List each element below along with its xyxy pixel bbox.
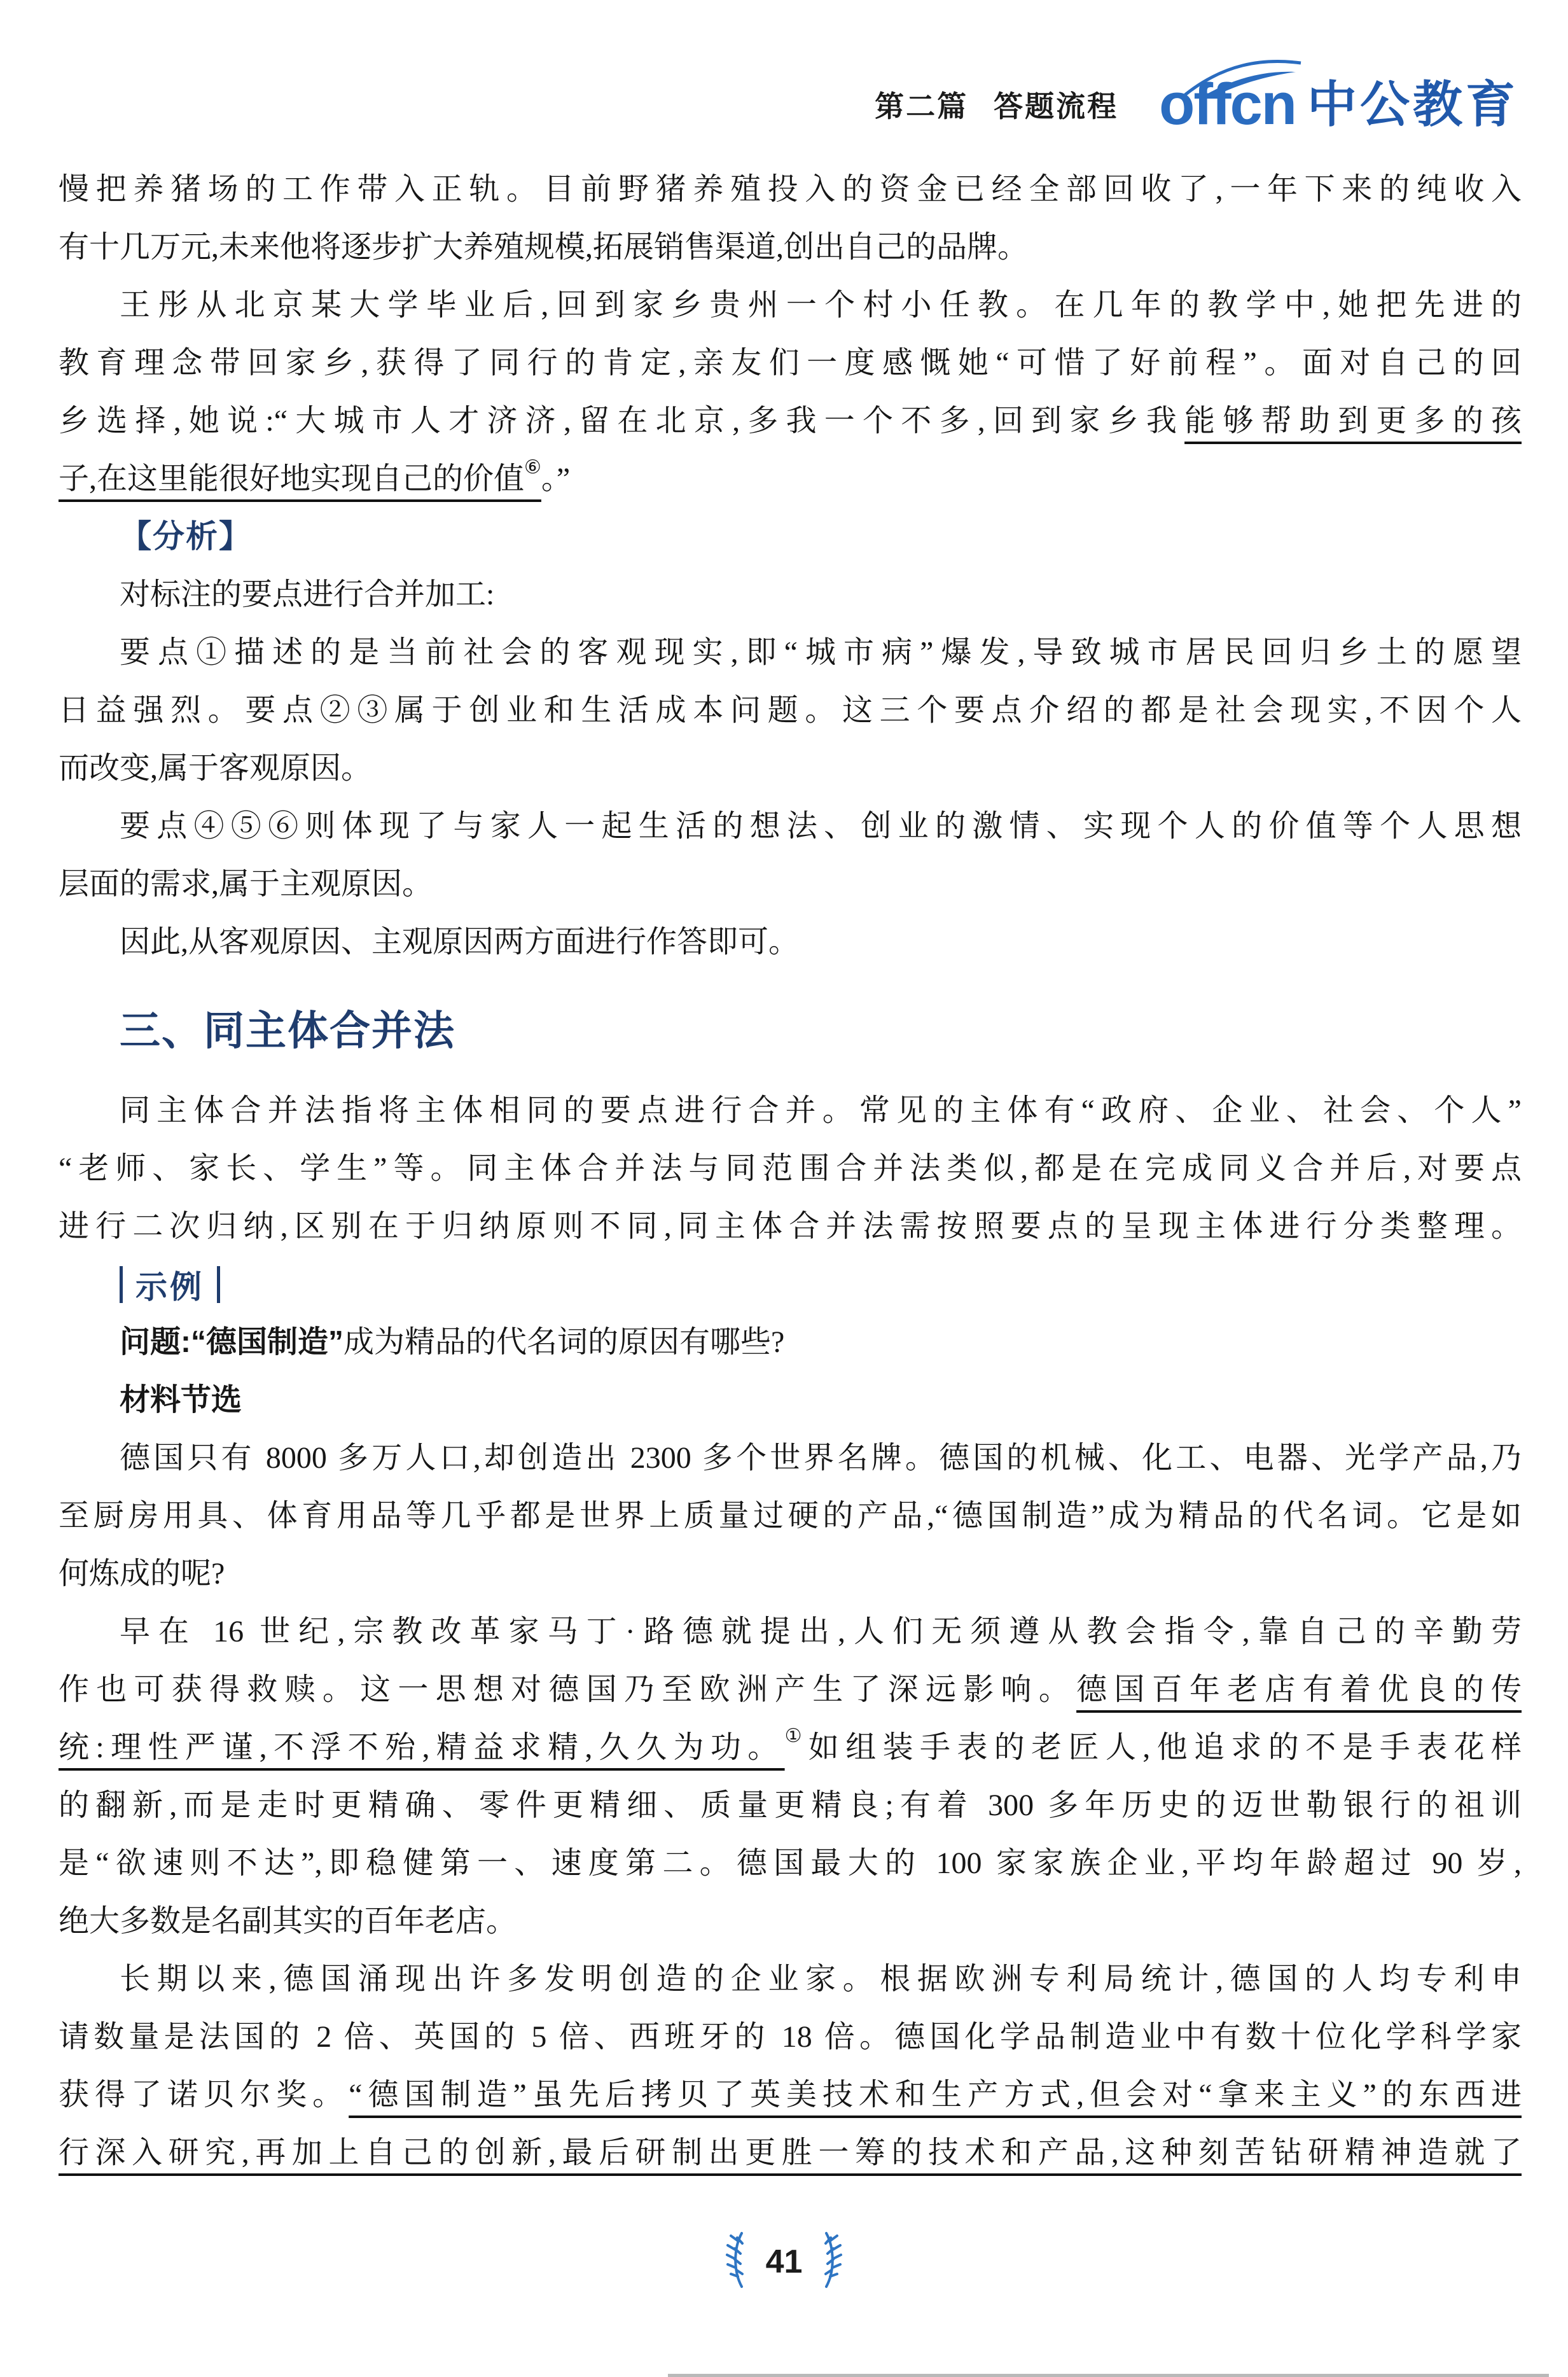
text-line: 是“欲速则不达”,即稳健第一、速度第二。德国最大的 100 家家族企业,平均年龄… <box>59 1834 1522 1892</box>
paragraph: 材料节选 <box>59 1371 1522 1429</box>
text-line: 早在 16 世纪,宗教改革家马丁·路德就提出,人们无须遵从教会指令,靠自己的辛勤… <box>59 1603 1522 1661</box>
text-line: 统:理性严谨,不浮不殆,精益求精,久久为功。①如组装手表的老匠人,他追求的不是手… <box>59 1718 1522 1776</box>
footnote-marker: ⑥ <box>524 457 541 478</box>
text-line: 乡选择,她说:“大城市人才济济,留在北京,多我一个不多,回到家乡我能够帮助到更多… <box>59 392 1522 450</box>
paragraph: 慢把养猪场的工作带入正轨。目前野猪养殖投入的资金已经全部回收了,一年下来的纯收入… <box>59 160 1522 276</box>
underlined-text: “德国制造”虽先后拷贝了英美技术和生产方式,但会对“拿来主义”的东西进 <box>349 2078 1522 2112</box>
underlined-text: 能够帮助到更多的孩 <box>1184 404 1522 438</box>
offcn-logo-chinese: 中公教育 <box>1307 80 1518 129</box>
paragraph: 同主体合并法指将主体相同的要点进行合并。常见的主体有“政府、企业、社会、个人”“… <box>59 1082 1522 1255</box>
text-line: 教育理念带回家乡,获得了同行的肯定,亲友们一度感慨她“可惜了好前程”。面对自己的… <box>59 334 1522 392</box>
laurel-right-icon <box>821 2231 844 2292</box>
text-segment: 获得了诺贝尔奖。 <box>59 2078 349 2112</box>
text-segment: 要点④⑤⑥则体现了与家人一起生活的想法、创业的激情、实现个人的价值等个人思想 <box>120 809 1522 843</box>
paragraph: 王彤从北京某大学毕业后,回到家乡贵州一个村小任教。在几年的教学中,她把先进的教育… <box>59 276 1522 508</box>
logo-swoosh-icon <box>1179 50 1306 108</box>
paragraph: 要点④⑤⑥则体现了与家人一起生活的想法、创业的激情、实现个人的价值等个人思想层面… <box>59 797 1522 913</box>
text-line: 作也可获得救赎。这一思想对德国乃至欧洲产生了深远影响。德国百年老店有着优良的传 <box>59 1661 1522 1718</box>
text-line: 层面的需求,属于主观原因。 <box>59 855 1522 913</box>
text-line: 德国只有 8000 多万人口,却创造出 2300 多个世界名牌。德国的机械、化工… <box>59 1429 1522 1487</box>
text-segment: 而改变,属于客观原因。 <box>59 751 371 785</box>
paragraph: 德国只有 8000 多万人口,却创造出 2300 多个世界名牌。德国的机械、化工… <box>59 1429 1522 1603</box>
page-header: 第二篇 答题流程 offcn 中公教育 <box>875 75 1518 134</box>
text-line: 日益强烈。要点②③属于创业和生活成本问题。这三个要点介绍的都是社会现实,不因个人 <box>59 681 1522 739</box>
body-content: 慢把养猪场的工作带入正轨。目前野猪养殖投入的资金已经全部回收了,一年下来的纯收入… <box>59 160 1522 2182</box>
text-line: 问题:“德国制造”成为精品的代名词的原因有哪些? <box>59 1313 1522 1371</box>
text-segment: 王彤从北京某大学毕业后,回到家乡贵州一个村小任教。在几年的教学中,她把先进的 <box>120 288 1522 322</box>
analysis-label: 【分析】 <box>59 508 1522 566</box>
section-title: 答题流程 <box>994 83 1118 125</box>
text-line: 请数量是法国的 2 倍、英国的 5 倍、西班牙的 18 倍。德国化学品制造业中有… <box>59 2008 1522 2066</box>
text-line: 要点④⑤⑥则体现了与家人一起生活的想法、创业的激情、实现个人的价值等个人思想 <box>59 797 1522 855</box>
text-line: 王彤从北京某大学毕业后,回到家乡贵州一个村小任教。在几年的教学中,她把先进的 <box>59 276 1522 334</box>
text-segment: 作也可获得救赎。这一思想对德国乃至欧洲产生了深远影响。 <box>59 1673 1076 1706</box>
paragraph: 要点①描述的是当前社会的客观现实,即“城市病”爆发,导致城市居民回归乡土的愿望日… <box>59 624 1522 797</box>
marker-bar <box>120 1266 123 1303</box>
paragraph: 早在 16 世纪,宗教改革家马丁·路德就提出,人们无须遵从教会指令,靠自己的辛勤… <box>59 1603 1522 1950</box>
underlined-text: 行深入研究,再加上自己的创新,最后研制出更胜一筹的技术和产品,这种刻苦钻研精神造… <box>59 2136 1522 2170</box>
text-segment: 同主体合并法指将主体相同的要点进行合并。常见的主体有“政府、企业、社会、个人” <box>120 1094 1522 1127</box>
text-line: 何炼成的呢? <box>59 1545 1522 1603</box>
text-line: 对标注的要点进行合并加工: <box>59 566 1522 624</box>
section-label: 第二篇 <box>875 83 968 125</box>
text-segment: 因此,从客观原因、主观原因两方面进行作答即可。 <box>120 925 799 959</box>
text-segment: “老师、家长、学生”等。同主体合并法与同范围合并法类似,都是在完成同义合并后,对… <box>59 1152 1522 1185</box>
text-segment: 的翻新,而是走时更精确、零件更精细、质量更精良;有着 300 多年历史的迈世勒银… <box>59 1788 1522 1822</box>
text-segment: 对标注的要点进行合并加工: <box>120 578 494 611</box>
marker-bar <box>217 1266 220 1303</box>
footnote-marker: ① <box>785 1725 808 1746</box>
text-line: “老师、家长、学生”等。同主体合并法与同范围合并法类似,都是在完成同义合并后,对… <box>59 1140 1522 1197</box>
text-line: 同主体合并法指将主体相同的要点进行合并。常见的主体有“政府、企业、社会、个人” <box>59 1082 1522 1140</box>
text-line: 的翻新,而是走时更精确、零件更精细、质量更精良;有着 300 多年历史的迈世勒银… <box>59 1776 1522 1834</box>
page-footer: 41 <box>0 2231 1568 2292</box>
bold-text: 问题:“德国制造” <box>120 1325 343 1359</box>
running-head: 第二篇 答题流程 <box>875 83 1118 125</box>
offcn-logo-latin: offcn <box>1159 75 1296 134</box>
text-segment: 有十几万元,未来他将逐步扩大养殖规模,拓展销售渠道,创出自己的品牌。 <box>59 230 1028 264</box>
text-segment: 请数量是法国的 2 倍、英国的 5 倍、西班牙的 18 倍。德国化学品制造业中有… <box>59 2020 1522 2054</box>
section-heading: 三、同主体合并法 <box>59 999 1522 1063</box>
text-line: 进行二次归纳,区别在于归纳原则不同,同主体合并法需按照要点的呈现主体进行分类整理… <box>59 1197 1522 1255</box>
paragraph: 因此,从客观原因、主观原因两方面进行作答即可。 <box>59 913 1522 971</box>
text-line: 材料节选 <box>59 1371 1522 1429</box>
page-number: 41 <box>766 2243 803 2281</box>
text-segment: 如组装手表的老匠人,他追求的不是手表花样 <box>808 1731 1522 1764</box>
text-line: 长期以来,德国涌现出许多发明创造的企业家。根据欧洲专利局统计,德国的人均专利申 <box>59 1950 1522 2008</box>
text-segment: 长期以来,德国涌现出许多发明创造的企业家。根据欧洲专利局统计,德国的人均专利申 <box>120 1962 1522 1996</box>
text-line: 要点①描述的是当前社会的客观现实,即“城市病”爆发,导致城市居民回归乡土的愿望 <box>59 624 1522 681</box>
text-line: 获得了诺贝尔奖。“德国制造”虽先后拷贝了英美技术和生产方式,但会对“拿来主义”的… <box>59 2066 1522 2124</box>
text-segment: 。” <box>541 462 570 496</box>
scan-edge-artifact <box>668 2374 1549 2377</box>
text-line: 而改变,属于客观原因。 <box>59 739 1522 797</box>
text-segment: 德国只有 8000 多万人口,却创造出 2300 多个世界名牌。德国的机械、化工… <box>120 1441 1522 1475</box>
text-line: 至厨房用具、体育用品等几乎都是世界上质量过硬的产品,“德国制造”成为精品的代名词… <box>59 1487 1522 1545</box>
underlined-text: 德国百年老店有着优良的传 <box>1076 1673 1522 1706</box>
paragraph: 长期以来,德国涌现出许多发明创造的企业家。根据欧洲专利局统计,德国的人均专利申请… <box>59 1950 1522 2182</box>
text-line: 行深入研究,再加上自己的创新,最后研制出更胜一筹的技术和产品,这种刻苦钻研精神造… <box>59 2124 1522 2182</box>
text-segment: 层面的需求,属于主观原因。 <box>59 867 433 901</box>
paragraph: 问题:“德国制造”成为精品的代名词的原因有哪些? <box>59 1313 1522 1371</box>
text-segment: 进行二次归纳,区别在于归纳原则不同,同主体合并法需按照要点的呈现主体进行分类整理… <box>59 1209 1522 1243</box>
text-line: 绝大多数是名副其实的百年老店。 <box>59 1892 1522 1950</box>
text-line: 慢把养猪场的工作带入正轨。目前野猪养殖投入的资金已经全部回收了,一年下来的纯收入 <box>59 160 1522 218</box>
example-label: 示例 <box>135 1262 204 1307</box>
bold-text: 材料节选 <box>120 1383 242 1417</box>
text-segment: 至厨房用具、体育用品等几乎都是世界上质量过硬的产品,“德国制造”成为精品的代名词… <box>59 1499 1522 1533</box>
text-segment: ① <box>785 1731 808 1764</box>
text-line: 因此,从客观原因、主观原因两方面进行作答即可。 <box>59 913 1522 971</box>
text-segment: 日益强烈。要点②③属于创业和生活成本问题。这三个要点介绍的都是社会现实,不因个人 <box>59 694 1522 727</box>
underlined-text: 子,在这里能很好地实现自己的价值 <box>59 462 524 496</box>
offcn-logo: offcn 中公教育 <box>1159 75 1518 134</box>
paragraph: 对标注的要点进行合并加工: <box>59 566 1522 624</box>
text-line: 子,在这里能很好地实现自己的价值⑥。” <box>59 450 1522 508</box>
text-segment: 要点①描述的是当前社会的客观现实,即“城市病”爆发,导致城市居民回归乡土的愿望 <box>120 636 1522 669</box>
text-segment: 早在 16 世纪,宗教改革家马丁·路德就提出,人们无须遵从教会指令,靠自己的辛勤… <box>120 1615 1522 1649</box>
underlined-text: 统:理性严谨,不浮不殆,精益求精,久久为功。 <box>59 1731 785 1764</box>
laurel-left-icon <box>724 2231 747 2292</box>
text-segment: 教育理念带回家乡,获得了同行的肯定,亲友们一度感慨她“可惜了好前程”。面对自己的… <box>59 346 1522 380</box>
textbook-page: 第二篇 答题流程 offcn 中公教育 慢把养猪场的工作带入正轨。目前野猪养殖投… <box>0 0 1568 2377</box>
example-marker: 示例 <box>59 1255 1522 1313</box>
text-segment: 成为精品的代名词的原因有哪些? <box>343 1325 784 1359</box>
underlined-text: ⑥ <box>524 462 541 496</box>
text-segment: 慢把养猪场的工作带入正轨。目前野猪养殖投入的资金已经全部回收了,一年下来的纯收入 <box>59 172 1522 206</box>
text-line: 有十几万元,未来他将逐步扩大养殖规模,拓展销售渠道,创出自己的品牌。 <box>59 218 1522 276</box>
text-segment: 绝大多数是名副其实的百年老店。 <box>59 1904 517 1938</box>
text-segment: 是“欲速则不达”,即稳健第一、速度第二。德国最大的 100 家家族企业,平均年龄… <box>59 1846 1522 1880</box>
text-segment: 何炼成的呢? <box>59 1557 225 1591</box>
text-segment: 乡选择,她说:“大城市人才济济,留在北京,多我一个不多,回到家乡我 <box>59 404 1184 438</box>
